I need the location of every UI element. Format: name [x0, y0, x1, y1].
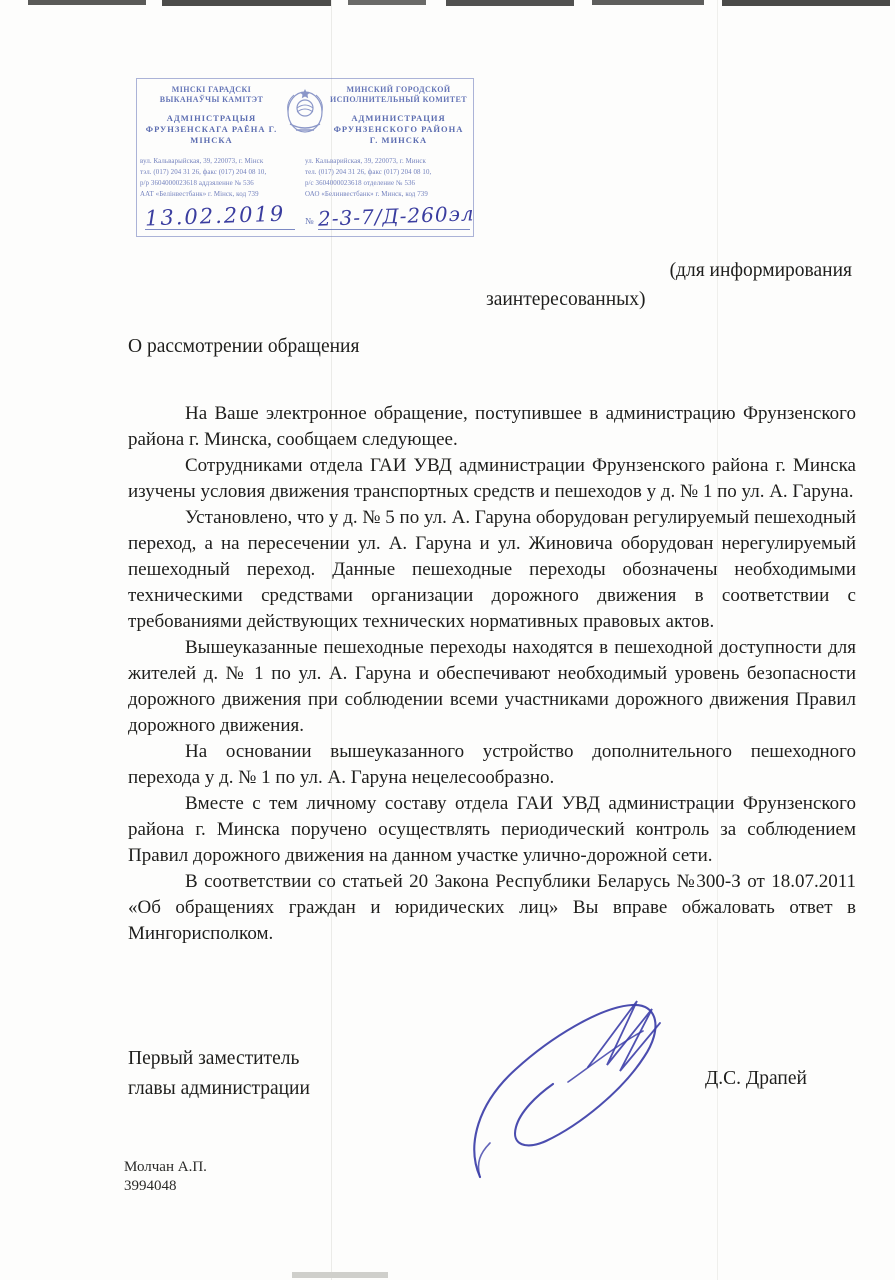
number-sign: №	[305, 216, 314, 226]
signer-position-line1: Первый заместитель	[128, 1044, 310, 1074]
signer-position-line2: главы администрации	[128, 1074, 310, 1104]
stamp-right-admin-line2: ФРУНЗЕНСКОГО РАЙОНА Г. МИНСКА	[328, 124, 469, 146]
letter-body: На Ваше электронное обращение, поступивш…	[128, 401, 856, 947]
body-paragraph: Установлено, что у д. № 5 по ул. А. Гару…	[128, 505, 856, 635]
stamp-left-admin-line1: АДМІНІСТРАЦЫЯ	[141, 113, 282, 124]
scan-artifact-top	[722, 0, 890, 6]
address-line: ОАО «Белинвестбанк» г. Минск, код 739	[305, 189, 470, 200]
coat-of-arms-icon	[282, 85, 328, 146]
handwritten-date: 13.02.2019	[145, 204, 295, 230]
stamp-right-org-line2: ИСПОЛНИТЕЛЬНЫЙ КОМИТЕТ	[328, 95, 469, 105]
scan-artifact-top	[592, 0, 704, 5]
stamp-right-column: МИНСКИЙ ГОРОДСКОЙ ИСПОЛНИТЕЛЬНЫЙ КОМИТЕТ…	[328, 85, 469, 146]
address-line: вул. Кальварыйская, 39, 220073, г. Мінск	[140, 156, 305, 167]
scan-artifact-top	[28, 0, 146, 5]
scan-artifact-bottom	[292, 1272, 388, 1278]
scan-artifact-top	[348, 0, 426, 5]
stamp-left-org-line1: МІНСКІ ГАРАДСКІ	[141, 85, 282, 95]
body-paragraph: Вместе с тем личному составу отдела ГАИ …	[128, 791, 856, 869]
stamp-right-org-line1: МИНСКИЙ ГОРОДСКОЙ	[328, 85, 469, 95]
body-paragraph: Вышеуказанные пешеходные переходы находя…	[128, 635, 856, 739]
handwritten-date-text: 13.02.2019	[145, 202, 286, 231]
handwritten-doc-number-text: 2-3-7/Д-260эл	[318, 201, 475, 230]
letterhead-stamp: МІНСКІ ГАРАДСКІ ВЫКАНАЎЧЫ КАМІТЭТ АДМІНІ…	[136, 78, 474, 237]
executor-name: Молчан А.П.	[124, 1158, 207, 1177]
stamp-left-org-line2: ВЫКАНАЎЧЫ КАМІТЭТ	[141, 95, 282, 105]
address-line: ААТ «Белінвестбанк» г. Мінск, код 739	[140, 189, 305, 200]
executor-block: Молчан А.П. 3994048	[124, 1158, 207, 1196]
address-line: ул. Кальварийская, 39, 220073, г. Минск	[305, 156, 470, 167]
subject-line: О рассмотрении обращения	[128, 336, 359, 358]
stamp-right-address: ул. Кальварийская, 39, 220073, г. Минск …	[305, 156, 470, 200]
address-line: тел. (017) 204 31 26, факс (017) 204 08 …	[305, 167, 470, 178]
stamp-left-column: МІНСКІ ГАРАДСКІ ВЫКАНАЎЧЫ КАМІТЭТ АДМІНІ…	[141, 85, 282, 146]
handwritten-doc-number: 2-3-7/Д-260эл	[318, 204, 470, 230]
scan-artifact-top	[446, 0, 574, 6]
recipient-note-line2: заинтересованных)	[486, 289, 646, 311]
address-line: р/с 3604000023618 отделение № 536	[305, 178, 470, 189]
stamp-requisites-line: 13.02.2019 № 2-3-7/Д-260эл	[137, 200, 473, 234]
body-paragraph: На Ваше электронное обращение, поступивш…	[128, 401, 856, 453]
recipient-note-line1: (для информирования	[500, 260, 852, 282]
body-paragraph: В соответствии со статьей 20 Закона Респ…	[128, 869, 856, 947]
signature-autograph-icon	[440, 985, 700, 1180]
stamp-left-address: вул. Кальварыйская, 39, 220073, г. Мінск…	[140, 156, 305, 200]
scan-artifact-top	[162, 0, 332, 6]
address-line: р/р 3604000023618 аддзяленне № 536	[140, 178, 305, 189]
body-paragraph: На основании вышеуказанного устройство д…	[128, 739, 856, 791]
stamp-left-admin-line2: ФРУНЗЕНСКАГА РАЁНА Г. МІНСКА	[141, 124, 282, 146]
body-paragraph: Сотрудниками отдела ГАИ УВД администраци…	[128, 453, 856, 505]
signer-name: Д.С. Драпей	[705, 1068, 807, 1090]
scanned-letter-page: МІНСКІ ГАРАДСКІ ВЫКАНАЎЧЫ КАМІТЭТ АДМІНІ…	[0, 0, 895, 1280]
executor-phone: 3994048	[124, 1177, 207, 1196]
stamp-right-admin-line1: АДМИНИСТРАЦИЯ	[328, 113, 469, 124]
address-line: тэл. (017) 204 31 26, факс (017) 204 08 …	[140, 167, 305, 178]
signer-position: Первый заместитель главы администрации	[128, 1044, 310, 1104]
